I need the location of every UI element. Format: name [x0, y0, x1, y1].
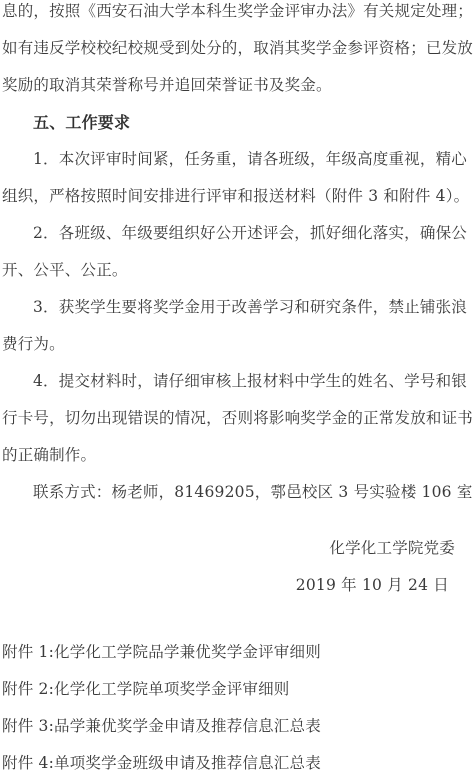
- requirement-line: 行卡号，切勿出现错误的情况，否则将影响奖学金的正常发放和证书: [2, 400, 473, 437]
- intro-line: 息的，按照《西安石油大学本科生奖学金评审办法》有关规定处理；: [2, 0, 473, 30]
- signature-date: 2019 年 10 月 24 日: [2, 567, 473, 604]
- attachments-spacer: [2, 604, 473, 634]
- attachment-line: 附件 3:品学兼优奖学金申请及推荐信息汇总表: [2, 708, 473, 745]
- attachment-line: 附件 4:单项奖学金班级申请及推荐信息汇总表: [2, 745, 473, 774]
- document-page: 息的，按照《西安石油大学本科生奖学金评审办法》有关规定处理； 如有违反学校校纪校…: [0, 0, 475, 774]
- intro-line: 如有违反学校校纪校规受到处分的，取消其奖学金参评资格；已发放: [2, 30, 473, 67]
- signature-spacer: [2, 511, 473, 530]
- requirement-line: 的正确制作。: [2, 437, 473, 474]
- requirement-line: 开、公平、公正。: [2, 252, 473, 289]
- section-heading: 五、工作要求: [2, 104, 473, 141]
- requirement-line: 4．提交材料时，请仔细审核上报材料中学生的姓名、学号和银: [2, 363, 473, 400]
- contact-line: 联系方式：杨老师，81469205，鄠邑校区 3 号实验楼 106 室: [2, 474, 473, 511]
- requirement-line: 3．获奖学生要将奖学金用于改善学习和研究条件，禁止铺张浪: [2, 289, 473, 326]
- requirement-line: 1．本次评审时间紧，任务重，请各班级，年级高度重视，精心: [2, 141, 473, 178]
- attachment-line: 附件 2:化学化工学院单项奖学金评审细则: [2, 671, 473, 708]
- requirement-line: 2．各班级、年级要组织好公开述评会，抓好细化落实，确保公: [2, 215, 473, 252]
- requirement-line: 组织，严格按照时间安排进行评审和报送材料（附件 3 和附件 4）。: [2, 178, 473, 215]
- signature-org: 化学化工学院党委: [2, 530, 473, 567]
- intro-line: 奖励的取消其荣誉称号并追回荣誉证书及奖金。: [2, 67, 473, 104]
- attachment-line: 附件 1:化学化工学院品学兼优奖学金评审细则: [2, 634, 473, 671]
- requirement-line: 费行为。: [2, 326, 473, 363]
